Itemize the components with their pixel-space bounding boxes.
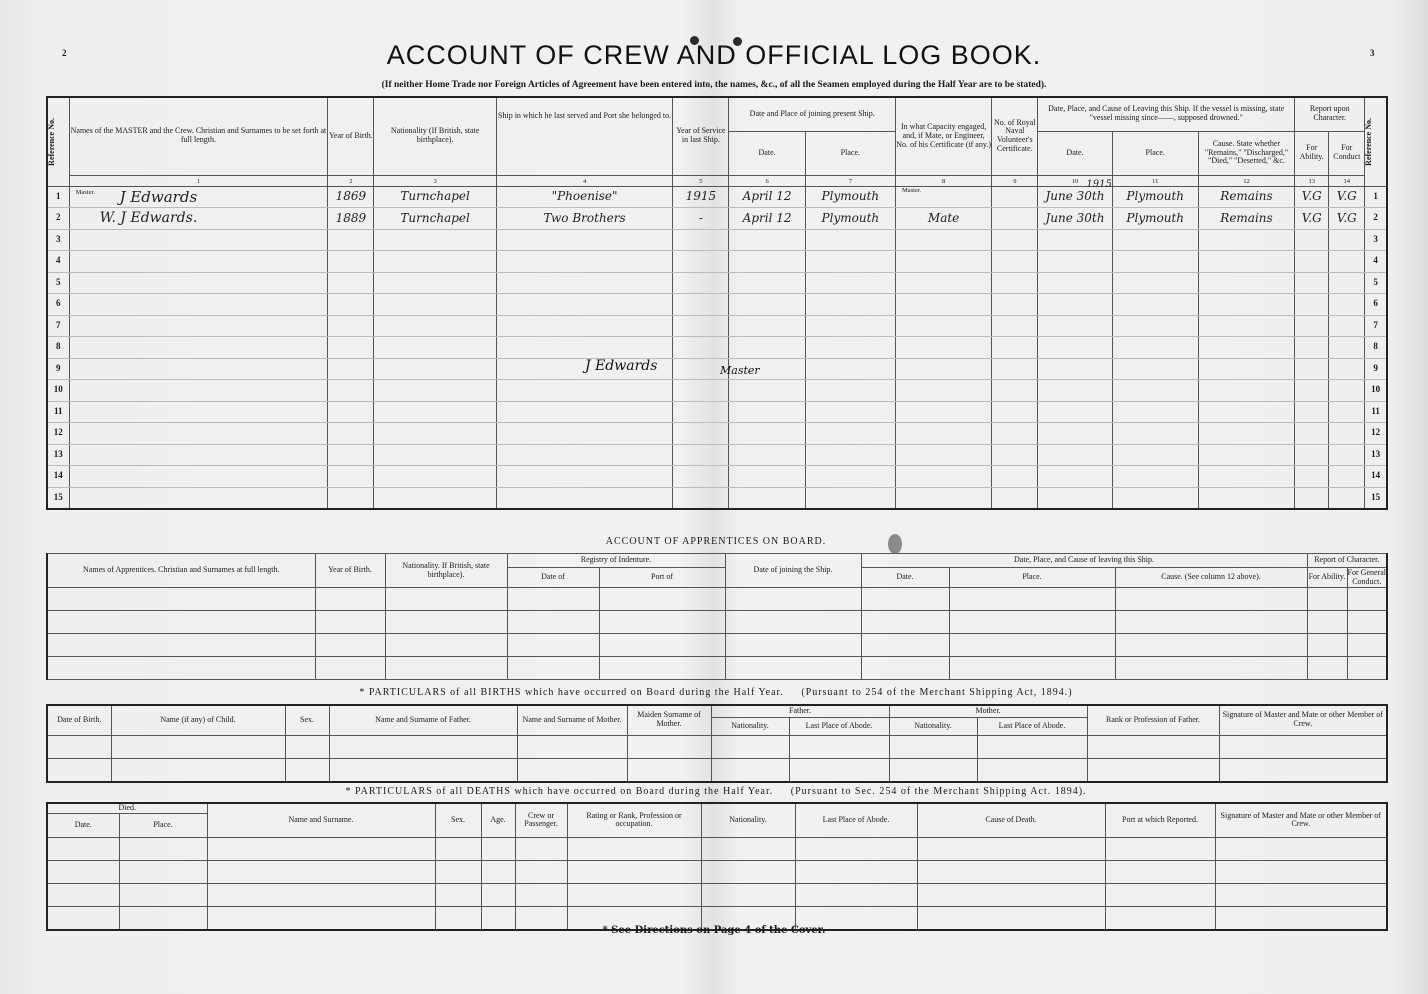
column-number: 12 (1198, 175, 1294, 186)
header-port-reported: Port at which Reported. (1105, 803, 1215, 837)
capacity: Mate (895, 208, 991, 230)
header-apprentice-names: Names of Apprentices. Christian and Surn… (47, 554, 315, 588)
crew-row: 66 (47, 294, 1387, 316)
header-deceased-abode: Last Place of Abode. (795, 803, 917, 837)
apprentices-title: ACCOUNT OF APPRENTICES ON BOARD. (46, 536, 1386, 547)
ability: V.G (1295, 208, 1329, 230)
nationality: Turnchapel (374, 186, 496, 208)
row-ref-right: 7 (1365, 315, 1387, 337)
leave-cause: Remains (1198, 208, 1294, 230)
row-ref: 5 (47, 272, 69, 294)
page-subtitle: (If neither Home Trade nor Foreign Artic… (0, 80, 1428, 90)
death-row (47, 860, 1387, 883)
deaths-table: Died. Name and Surname. Sex. Age. Crew o… (46, 802, 1388, 931)
row-ref: 13 (47, 444, 69, 466)
capacity: Master. (895, 186, 991, 208)
row-ref-right: 5 (1365, 272, 1387, 294)
header-mother-nationality: Nationality. (889, 717, 977, 735)
header-leave-place: Place. (1112, 131, 1198, 175)
header-child-sex: Sex. (285, 705, 329, 735)
column-number: 4 (496, 175, 673, 186)
header-nationality: Nationality (If British, state birthplac… (374, 97, 496, 175)
crew-row: 1313 (47, 444, 1387, 466)
crew-name: W. J Edwards. (100, 210, 198, 226)
header-apprentice-ability: For Ability. (1307, 568, 1347, 588)
header-crew-or-passenger: Crew or Passenger. (515, 803, 567, 837)
row-ref-right: 4 (1365, 251, 1387, 273)
column-number: 2 (328, 175, 374, 186)
header-deceased-name: Name and Surname. (207, 803, 435, 837)
header-names: Names of the MASTER and the Crew. Christ… (69, 97, 328, 175)
header-apprentice-leave-date: Date. (861, 568, 949, 588)
header-died-group: Died. (47, 803, 207, 813)
rnv-cert (992, 186, 1038, 208)
header-apprentice-leaving-group: Date, Place, and Cause of leaving this S… (861, 554, 1307, 568)
header-apprentice-leave-place: Place. (949, 568, 1115, 588)
apprentice-row (47, 588, 1387, 611)
conduct: V.G (1329, 186, 1365, 208)
row-ref-right: 8 (1365, 337, 1387, 359)
births-table: Date of Birth. Name (if any) of Child. S… (46, 704, 1388, 783)
column-number: 11 (1112, 175, 1198, 186)
header-apprentice-nationality: Nationality. If British, state birthplac… (385, 554, 507, 588)
header-apprentice-report-group: Report of Character. (1307, 554, 1387, 568)
header-reference-no-right: Reference No. (1365, 97, 1387, 186)
header-apprentice-joining: Date of joining the Ship. (725, 554, 861, 588)
header-father-abode: Last Place of Abode. (789, 717, 889, 735)
row-ref-right: 15 (1365, 487, 1387, 509)
year-of-service: 1915 (673, 186, 729, 208)
header-apprentice-leave-cause: Cause. (See column 12 above). (1115, 568, 1307, 588)
leave-date: June 30th (1045, 189, 1104, 203)
join-date: April 12 (729, 186, 805, 208)
row-ref: 2 (47, 208, 69, 230)
header-father-group: Father. (711, 705, 889, 717)
column-number: 8 (895, 175, 991, 186)
row-ref-right: 13 (1365, 444, 1387, 466)
row-ref-right: 2 (1365, 208, 1387, 230)
leave-date: June 30th (1038, 208, 1112, 230)
header-birth-signature: Signature of Master and Mate or other Me… (1219, 705, 1387, 735)
header-maiden-surname: Maiden Surname of Mother. (627, 705, 711, 735)
header-join-place: Place. (805, 131, 895, 175)
join-place: Plymouth (805, 186, 895, 208)
crew-row: 88 (47, 337, 1387, 359)
row-ref-right: 12 (1365, 423, 1387, 445)
header-last-ship: Ship in which he last served and Port sh… (496, 97, 673, 175)
deaths-title-text: * PARTICULARS of all DEATHS which have o… (345, 786, 773, 797)
ability: V.G (1295, 186, 1329, 208)
column-number: 5 (673, 175, 729, 186)
births-pursuant: (Pursuant to 254 of the Merchant Shippin… (801, 687, 1072, 698)
header-conduct: For Conduct (1329, 131, 1365, 175)
row-ref: 15 (47, 487, 69, 509)
crew-row: 33 (47, 229, 1387, 251)
crew-row: 99 (47, 358, 1387, 380)
column-number: 3 (374, 175, 496, 186)
row-ref-right: 3 (1365, 229, 1387, 251)
crew-name-cell: Master. J Edwards (69, 186, 328, 208)
row-ref-right: 6 (1365, 294, 1387, 316)
header-cause-of-death: Cause of Death. (917, 803, 1105, 837)
year-of-birth: 1889 (328, 208, 374, 230)
master-signature: J Edwards (585, 358, 657, 374)
births-title: * PARTICULARS of all BIRTHS which have o… (46, 687, 1386, 698)
row-ref: 3 (47, 229, 69, 251)
last-ship: Two Brothers (496, 208, 673, 230)
header-deceased-nationality: Nationality. (701, 803, 795, 837)
binding-hole-icon (733, 37, 742, 46)
row-ref-right: 1 (1365, 186, 1387, 208)
header-registry-group: Registry of Indenture. (507, 554, 725, 568)
row-ref-right: 11 (1365, 401, 1387, 423)
row-ref: 11 (47, 401, 69, 423)
row-ref: 4 (47, 251, 69, 273)
crew-name-cell: W. J Edwards. (69, 208, 328, 230)
header-year-of-service: Year of Service in last Ship. (673, 97, 729, 175)
row-ref: 12 (47, 423, 69, 445)
header-apprentice-conduct: For General Conduct. (1347, 568, 1387, 588)
apprentice-row (47, 657, 1387, 680)
column-number: 14 (1329, 175, 1365, 186)
row-ref-right: 14 (1365, 466, 1387, 488)
header-death-date: Date. (47, 813, 119, 837)
row-ref: 8 (47, 337, 69, 359)
header-father-nationality: Nationality. (711, 717, 789, 735)
year-of-birth: 1869 (328, 186, 374, 208)
deaths-title: * PARTICULARS of all DEATHS which have o… (46, 786, 1386, 797)
header-rnv-certificate: No. of Royal Naval Volunteer's Certifica… (992, 97, 1038, 175)
year-note: 1915 (1086, 179, 1111, 190)
birth-row (47, 758, 1387, 782)
year-of-service: - (673, 208, 729, 230)
header-deceased-sex: Sex. (435, 803, 481, 837)
crew-row: 44 (47, 251, 1387, 273)
crew-row: 1 Master. J Edwards 1869 Turnchapel "Pho… (47, 186, 1387, 208)
apprentice-row (47, 634, 1387, 657)
column-number: 7 (805, 175, 895, 186)
leave-date-cell: 1915 June 30th (1038, 186, 1112, 208)
join-date: April 12 (729, 208, 805, 230)
nationality: Turnchapel (374, 208, 496, 230)
log-book-spread: 2 3 ACCOUNT OF CREW AND OFFICIAL LOG BOO… (0, 0, 1428, 994)
header-apprentice-year: Year of Birth. (315, 554, 385, 588)
crew-row: 55 (47, 272, 1387, 294)
header-mother-abode: Last Place of Abode. (977, 717, 1087, 735)
leave-place: Plymouth (1112, 208, 1198, 230)
row-ref: 7 (47, 315, 69, 337)
crew-table: Reference No. Names of the MASTER and th… (46, 96, 1388, 510)
header-father-rank: Rank or Profession of Father. (1087, 705, 1219, 735)
header-leave-date: Date. (1038, 131, 1112, 175)
leave-place: Plymouth (1112, 186, 1198, 208)
row-ref: 10 (47, 380, 69, 402)
row-ref-right: 10 (1365, 380, 1387, 402)
crew-row: 1212 (47, 423, 1387, 445)
header-joining-group: Date and Place of joining present Ship. (729, 97, 895, 131)
header-report-group: Report upon Character. (1295, 97, 1365, 131)
header-leaving-group: Date, Place, and Cause of Leaving this S… (1038, 97, 1295, 131)
row-ref: 6 (47, 294, 69, 316)
header-reference-no: Reference No. (47, 97, 69, 186)
births-title-text: * PARTICULARS of all BIRTHS which have o… (359, 687, 783, 698)
row-ref: 14 (47, 466, 69, 488)
crew-row: 1111 (47, 401, 1387, 423)
header-registry-date: Date of (507, 568, 599, 588)
master-label: Master. (76, 189, 95, 196)
header-registry-port: Port of (599, 568, 725, 588)
crew-name: J Edwards (120, 188, 198, 206)
header-death-place: Place. (119, 813, 207, 837)
apprentices-table: Names of Apprentices. Christian and Surn… (46, 553, 1388, 680)
page-title: ACCOUNT OF CREW AND OFFICIAL LOG BOOK. (0, 40, 1428, 71)
column-number: 1 (69, 175, 328, 186)
crew-row: 77 (47, 315, 1387, 337)
last-ship: "Phoenise" (496, 186, 673, 208)
column-number: 6 (729, 175, 805, 186)
header-join-date: Date. (729, 131, 805, 175)
crew-row: 1010 (47, 380, 1387, 402)
rnv-cert (992, 208, 1038, 230)
header-father-name: Name and Surname of Father. (329, 705, 517, 735)
binding-hole-icon (690, 36, 699, 45)
row-ref: 1 (47, 186, 69, 208)
row-ref-right: 9 (1365, 358, 1387, 380)
header-mother-name: Name and Surname of Mother. (517, 705, 627, 735)
footer-note: * See Directions on Page 4 of the Cover. (0, 925, 1428, 936)
crew-row: 2 W. J Edwards. 1889 Turnchapel Two Brot… (47, 208, 1387, 230)
death-row (47, 837, 1387, 860)
header-year-of-birth: Year of Birth. (328, 97, 374, 175)
header-ability: For Ability. (1295, 131, 1329, 175)
conduct: V.G (1329, 208, 1365, 230)
apprentice-row (47, 611, 1387, 634)
column-number: 9 (992, 175, 1038, 186)
crew-row: 1515 (47, 487, 1387, 509)
join-place: Plymouth (805, 208, 895, 230)
header-rating: Rating or Rank, Profession or occupation… (567, 803, 701, 837)
death-row (47, 883, 1387, 906)
header-mother-group: Mother. (889, 705, 1087, 717)
deaths-pursuant: (Pursuant to Sec. 254 of the Merchant Sh… (791, 786, 1087, 797)
header-death-signature: Signature of Master and Mate or other Me… (1215, 803, 1387, 837)
leave-cause: Remains (1198, 186, 1294, 208)
header-capacity: In what Capacity engaged, and, if Mate, … (895, 97, 991, 175)
header-deceased-age: Age. (481, 803, 515, 837)
birth-row (47, 735, 1387, 758)
header-birth-date: Date of Birth. (47, 705, 111, 735)
row-ref: 9 (47, 358, 69, 380)
header-cause: Cause. State whether "Remains," "Dischar… (1198, 131, 1294, 175)
master-signature-role: Master (720, 364, 760, 377)
column-number: 13 (1295, 175, 1329, 186)
crew-row: 1414 (47, 466, 1387, 488)
header-child-name: Name (if any) of Child. (111, 705, 285, 735)
